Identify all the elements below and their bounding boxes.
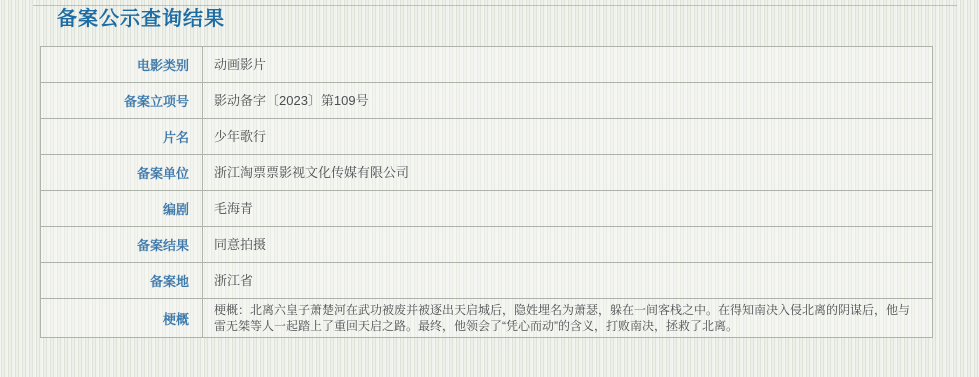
top-divider	[33, 5, 957, 6]
filing-result-table: 电影类别 动画影片 备案立项号 影动备字〔2023〕第109号 片名 少年歌行 …	[40, 46, 933, 338]
table-row: 备案结果 同意拍摄	[41, 227, 932, 263]
table-row: 编剧 毛海青	[41, 191, 932, 227]
row-value: 浙江省	[203, 263, 932, 298]
row-label: 备案结果	[41, 227, 203, 262]
row-label: 电影类别	[41, 47, 203, 82]
row-label: 备案单位	[41, 155, 203, 190]
row-value: 动画影片	[203, 47, 932, 82]
row-label: 编剧	[41, 191, 203, 226]
row-label: 备案地	[41, 263, 203, 298]
table-row: 片名 少年歌行	[41, 119, 932, 155]
row-label: 梗概	[41, 299, 203, 337]
row-value: 毛海青	[203, 191, 932, 226]
row-label: 片名	[41, 119, 203, 154]
table-row: 备案地 浙江省	[41, 263, 932, 299]
row-label: 备案立项号	[41, 83, 203, 118]
table-row: 电影类别 动画影片	[41, 47, 932, 83]
row-value: 少年歌行	[203, 119, 932, 154]
row-value: 梗概：北离六皇子萧楚河在武功被废并被逐出天启城后，隐姓埋名为萧瑟，躲在一间客栈之…	[203, 299, 932, 337]
page-title: 备案公示查询结果	[57, 7, 225, 31]
table-row: 备案单位 浙江淘票票影视文化传媒有限公司	[41, 155, 932, 191]
row-value: 同意拍摄	[203, 227, 932, 262]
page-background: 备案公示查询结果 电影类别 动画影片 备案立项号 影动备字〔2023〕第109号…	[0, 0, 979, 377]
row-value: 浙江淘票票影视文化传媒有限公司	[203, 155, 932, 190]
row-value: 影动备字〔2023〕第109号	[203, 83, 932, 118]
table-row: 备案立项号 影动备字〔2023〕第109号	[41, 83, 932, 119]
table-row: 梗概 梗概：北离六皇子萧楚河在武功被废并被逐出天启城后，隐姓埋名为萧瑟，躲在一间…	[41, 299, 932, 337]
